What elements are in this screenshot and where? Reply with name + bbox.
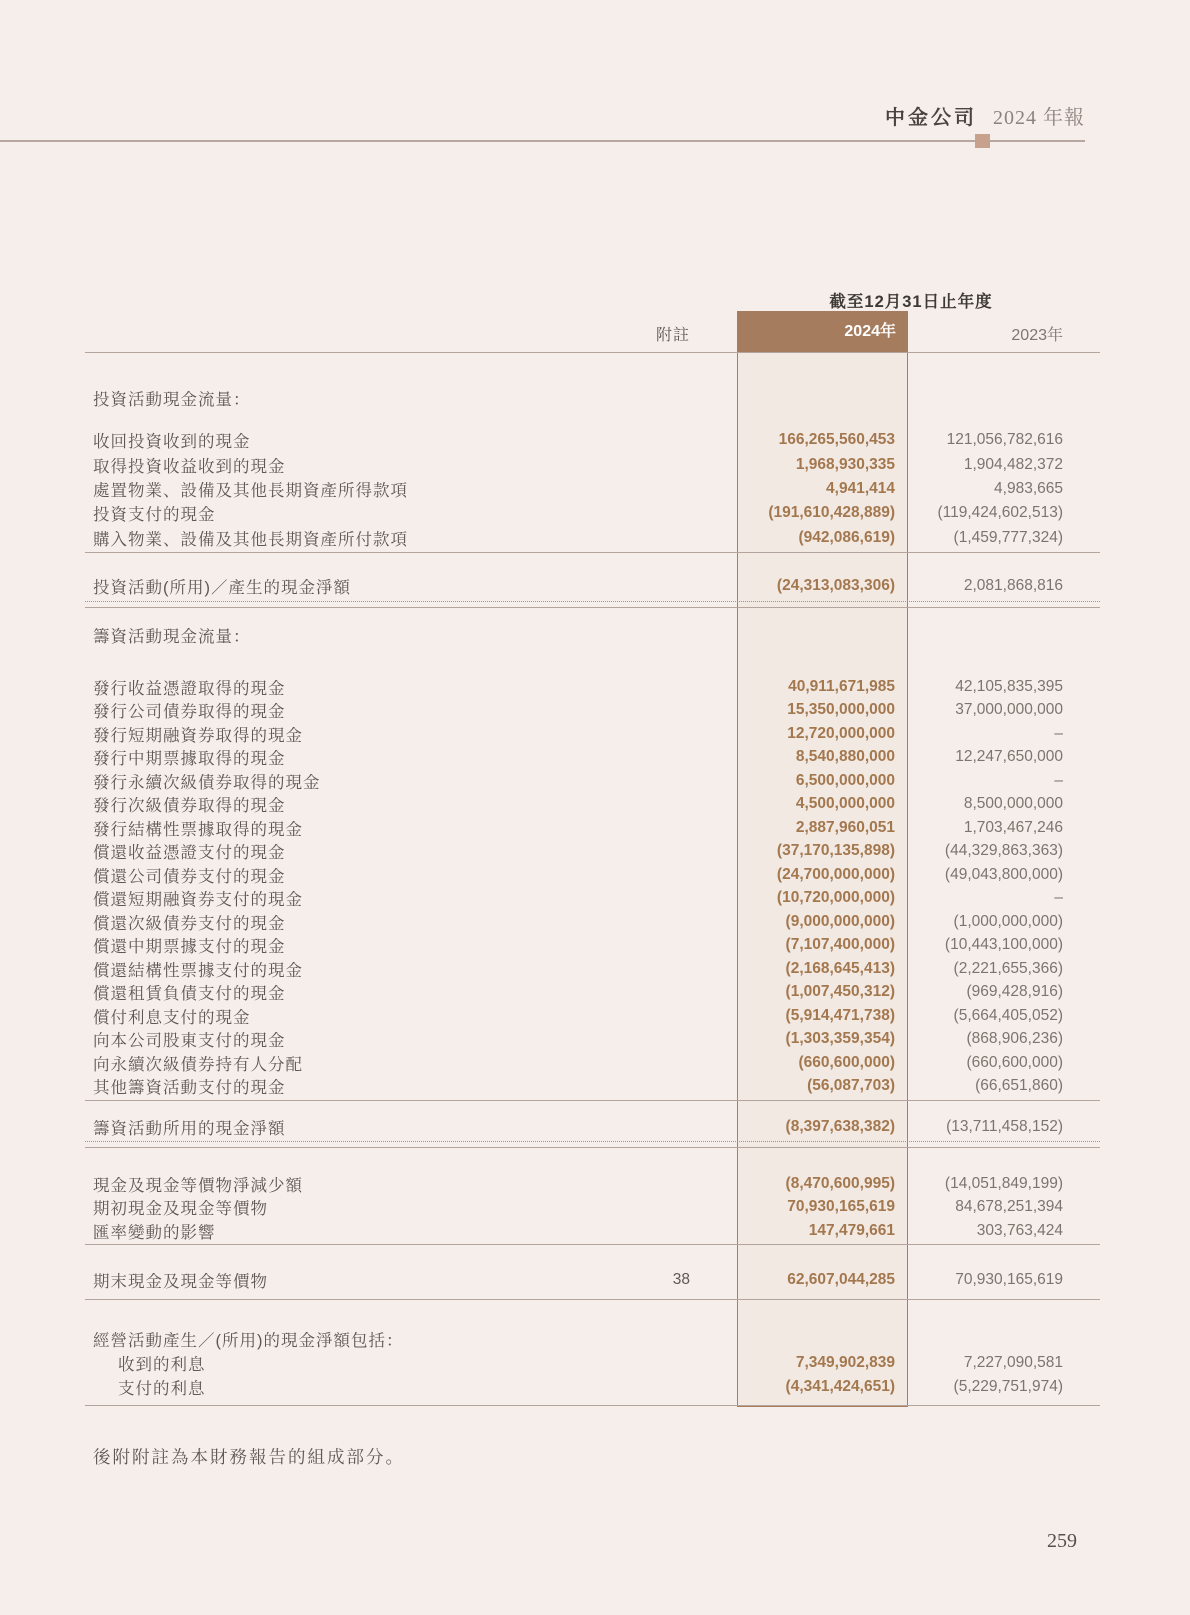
row-label: 償還短期融資券支付的現金 — [85, 886, 652, 910]
table-row: 發行次級債券取得的現金4,500,000,0008,500,000,000 — [85, 792, 1100, 816]
note-value: 38 — [652, 1271, 690, 1289]
rule — [85, 1405, 1100, 1406]
spacer — [85, 553, 1100, 574]
row-label: 支付的利息 — [85, 1375, 652, 1399]
row-label: 處置物業、設備及其他長期資產所得款項 — [85, 477, 652, 501]
spacer — [85, 1148, 1100, 1172]
value-2023: 84,678,251,394 — [908, 1198, 1100, 1216]
section-header-row: 經營活動產生／(所用)的現金淨額包括： — [85, 1327, 1100, 1351]
row-label: 期末現金及現金等價物 — [85, 1268, 652, 1292]
value-2024: (24,700,000,000) — [737, 866, 908, 884]
value-2024: (7,107,400,000) — [737, 936, 908, 954]
spacer — [85, 410, 1100, 428]
value-2024: 4,500,000,000 — [737, 795, 908, 813]
company-name: 中金公司 — [885, 107, 977, 129]
value-2023: (44,329,863,363) — [908, 842, 1100, 860]
header-rule — [0, 140, 1085, 142]
footer-note: 後附附註為本財務報告的組成部分。 — [93, 1444, 405, 1469]
spacer — [85, 1292, 1100, 1299]
table-row: 取得投資收益收到的現金1,968,930,3351,904,482,372 — [85, 452, 1100, 476]
value-2023: 121,056,782,616 — [908, 431, 1100, 449]
row-label: 發行次級債券取得的現金 — [85, 792, 652, 816]
row-label: 購入物業、設備及其他長期資產所付款項 — [85, 526, 652, 550]
row-label: 發行中期票據取得的現金 — [85, 745, 652, 769]
table-row: 現金及現金等價物淨減少額(8,470,600,995)(14,051,849,1… — [85, 1172, 1100, 1196]
spacer — [85, 1245, 1100, 1268]
row-label: 其他籌資活動支付的現金 — [85, 1074, 652, 1098]
dotted-rule — [85, 601, 1100, 602]
value-2024: 4,941,414 — [737, 480, 908, 498]
note-column-header: 附註 — [600, 322, 690, 345]
row-label: 償還結構性票據支付的現金 — [85, 957, 652, 981]
value-2024: (24,313,083,306) — [737, 577, 908, 595]
table-row: 購入物業、設備及其他長期資產所付款項(942,086,619)(1,459,77… — [85, 526, 1100, 550]
row-label: 發行結構性票據取得的現金 — [85, 816, 652, 840]
row-label: 向本公司股東支付的現金 — [85, 1027, 652, 1051]
value-2023: 303,763,424 — [908, 1222, 1100, 1240]
value-2023: – — [908, 889, 1100, 907]
year-2024-header: 2024年 — [737, 311, 908, 352]
row-label: 發行收益憑證取得的現金 — [85, 675, 652, 699]
value-2024: (191,610,428,889) — [737, 504, 908, 522]
value-2023: 70,930,165,619 — [908, 1271, 1100, 1289]
value-2023: (66,651,860) — [908, 1077, 1100, 1095]
row-label: 投資活動現金流量： — [85, 386, 652, 410]
value-2023: (119,424,602,513) — [908, 504, 1100, 522]
value-2023: (13,711,458,152) — [908, 1118, 1100, 1136]
value-2024: 12,720,000,000 — [737, 725, 908, 743]
row-label: 向永續次級債券持有人分配 — [85, 1051, 652, 1075]
value-2024: 1,968,930,335 — [737, 456, 908, 474]
report-year: 2024 年報 — [993, 107, 1085, 129]
value-2023: 1,703,467,246 — [908, 819, 1100, 837]
value-2024: 8,540,880,000 — [737, 748, 908, 766]
table-row: 償付利息支付的現金(5,914,471,738)(5,664,405,052) — [85, 1004, 1100, 1028]
page-number: 259 — [1032, 1530, 1092, 1553]
table-row: 收回投資收到的現金166,265,560,453121,056,782,616 — [85, 428, 1100, 452]
row-label: 投資活動(所用)／產生的現金淨額 — [85, 574, 652, 598]
value-2024: (2,168,645,413) — [737, 960, 908, 978]
value-2023: (660,600,000) — [908, 1054, 1100, 1072]
table-row: 發行結構性票據取得的現金2,887,960,0511,703,467,246 — [85, 816, 1100, 840]
row-label: 匯率變動的影響 — [85, 1219, 652, 1243]
period-header: 截至12月31日止年度 — [737, 288, 1085, 312]
spacer — [85, 353, 1100, 386]
row-label: 現金及現金等價物淨減少額 — [85, 1172, 652, 1196]
dotted-rule — [85, 1141, 1100, 1142]
value-2024: (56,087,703) — [737, 1077, 908, 1095]
table-row: 期初現金及現金等價物70,930,165,61984,678,251,394 — [85, 1195, 1100, 1219]
value-2024: 40,911,671,985 — [737, 678, 908, 696]
total-row: 籌資活動所用的現金淨額(8,397,638,382)(13,711,458,15… — [85, 1115, 1100, 1139]
row-label: 期初現金及現金等價物 — [85, 1195, 652, 1219]
value-2023: (49,043,800,000) — [908, 866, 1100, 884]
value-2023: 4,983,665 — [908, 480, 1100, 498]
value-2023: (868,906,236) — [908, 1030, 1100, 1048]
value-2024: 70,930,165,619 — [737, 1198, 908, 1216]
value-2023: (10,443,100,000) — [908, 936, 1100, 954]
page-header: 中金公司2024 年報 — [885, 101, 1085, 130]
value-2023: (14,051,849,199) — [908, 1175, 1100, 1193]
row-label: 償還收益憑證支付的現金 — [85, 839, 652, 863]
value-2023: 42,105,835,395 — [908, 678, 1100, 696]
table-row: 向永續次級債券持有人分配(660,600,000)(660,600,000) — [85, 1051, 1100, 1075]
table-row: 償還結構性票據支付的現金(2,168,645,413)(2,221,655,36… — [85, 957, 1100, 981]
value-2023: (1,000,000,000) — [908, 913, 1100, 931]
table-row: 償還中期票據支付的現金(7,107,400,000)(10,443,100,00… — [85, 933, 1100, 957]
table-row: 投資支付的現金(191,610,428,889)(119,424,602,513… — [85, 501, 1100, 525]
value-2024: 147,479,661 — [737, 1222, 908, 1240]
value-2024: (8,397,638,382) — [737, 1118, 908, 1136]
value-2023: – — [908, 772, 1100, 790]
value-2024: (4,341,424,651) — [737, 1378, 908, 1396]
table-row: 發行中期票據取得的現金8,540,880,00012,247,650,000 — [85, 745, 1100, 769]
value-2024: (1,303,359,354) — [737, 1030, 908, 1048]
row-label: 經營活動產生／(所用)的現金淨額包括： — [85, 1327, 652, 1351]
value-2023: (1,459,777,324) — [908, 529, 1100, 547]
section-header-row: 投資活動現金流量： — [85, 386, 1100, 410]
row-label: 償還次級債券支付的現金 — [85, 910, 652, 934]
value-2023: 12,247,650,000 — [908, 748, 1100, 766]
value-2024: 7,349,902,839 — [737, 1354, 908, 1372]
value-2023: – — [908, 725, 1100, 743]
row-label: 取得投資收益收到的現金 — [85, 453, 652, 477]
table-row: 償還短期融資券支付的現金(10,720,000,000)– — [85, 886, 1100, 910]
spacer — [85, 1101, 1100, 1115]
value-2024: (8,470,600,995) — [737, 1175, 908, 1193]
value-2024: (1,007,450,312) — [737, 983, 908, 1001]
page: 中金公司2024 年報 截至12月31日止年度 附註 2024年 2023年 投… — [0, 0, 1190, 1615]
table-row: 償還收益憑證支付的現金(37,170,135,898)(44,329,863,3… — [85, 839, 1100, 863]
year-2023-header: 2023年 — [920, 322, 1063, 345]
table-row: 收到的利息7,349,902,8397,227,090,581 — [85, 1351, 1100, 1375]
row-label: 籌資活動所用的現金淨額 — [85, 1115, 652, 1139]
table-row: 向本公司股東支付的現金(1,303,359,354)(868,906,236) — [85, 1027, 1100, 1051]
total-row: 期末現金及現金等價物3862,607,044,28570,930,165,619 — [85, 1268, 1100, 1292]
table-row: 匯率變動的影響147,479,661303,763,424 — [85, 1219, 1100, 1243]
table-row: 處置物業、設備及其他長期資產所得款項4,941,4144,983,665 — [85, 477, 1100, 501]
row-label: 投資支付的現金 — [85, 501, 652, 525]
section-header-row: 籌資活動現金流量： — [85, 623, 1100, 647]
total-row: 投資活動(所用)／產生的現金淨額(24,313,083,306)2,081,86… — [85, 574, 1100, 599]
row-label: 償還租賃負債支付的現金 — [85, 980, 652, 1004]
value-2024: (5,914,471,738) — [737, 1007, 908, 1025]
spacer — [85, 1398, 1100, 1405]
value-2024: (37,170,135,898) — [737, 842, 908, 860]
table-row: 償還次級債券支付的現金(9,000,000,000)(1,000,000,000… — [85, 910, 1100, 934]
row-label: 收回投資收到的現金 — [85, 428, 652, 452]
value-2024: 6,500,000,000 — [737, 772, 908, 790]
value-2023: 1,904,482,372 — [908, 456, 1100, 474]
table-row: 發行永續次級債券取得的現金6,500,000,000– — [85, 769, 1100, 793]
value-2023: (5,664,405,052) — [908, 1007, 1100, 1025]
table-row: 支付的利息(4,341,424,651)(5,229,751,974) — [85, 1375, 1100, 1399]
spacer — [85, 608, 1100, 623]
value-2023: (969,428,916) — [908, 983, 1100, 1001]
value-2024: 15,350,000,000 — [737, 701, 908, 719]
value-2023: 7,227,090,581 — [908, 1354, 1100, 1372]
value-2024: 166,265,560,453 — [737, 431, 908, 449]
value-2024: (942,086,619) — [737, 529, 908, 547]
row-label: 發行短期融資券取得的現金 — [85, 722, 652, 746]
value-2023: (5,229,751,974) — [908, 1378, 1100, 1396]
table-row: 發行短期融資券取得的現金12,720,000,000– — [85, 722, 1100, 746]
value-2023: 37,000,000,000 — [908, 701, 1100, 719]
table-row: 償還公司債券支付的現金(24,700,000,000)(49,043,800,0… — [85, 863, 1100, 887]
row-label: 償還公司債券支付的現金 — [85, 863, 652, 887]
value-2024: (660,600,000) — [737, 1054, 908, 1072]
value-2023: (2,221,655,366) — [908, 960, 1100, 978]
header-square — [975, 134, 990, 148]
value-2024: (9,000,000,000) — [737, 913, 908, 931]
table-row: 償還租賃負債支付的現金(1,007,450,312)(969,428,916) — [85, 980, 1100, 1004]
table-row: 其他籌資活動支付的現金(56,087,703)(66,651,860) — [85, 1074, 1100, 1098]
spacer — [85, 1300, 1100, 1327]
value-2023: 8,500,000,000 — [908, 795, 1100, 813]
table-row: 發行公司債券取得的現金15,350,000,00037,000,000,000 — [85, 698, 1100, 722]
statement-table: 投資活動現金流量：收回投資收到的現金166,265,560,453121,056… — [85, 352, 1100, 1406]
value-2023: 2,081,868,816 — [908, 577, 1100, 595]
value-2024: 2,887,960,051 — [737, 819, 908, 837]
row-label: 發行永續次級債券取得的現金 — [85, 769, 652, 793]
value-2024: 62,607,044,285 — [737, 1271, 908, 1289]
row-label: 籌資活動現金流量： — [85, 623, 652, 647]
table-row: 發行收益憑證取得的現金40,911,671,98542,105,835,395 — [85, 675, 1100, 699]
row-label: 收到的利息 — [85, 1351, 652, 1375]
value-2024: (10,720,000,000) — [737, 889, 908, 907]
row-label: 發行公司債券取得的現金 — [85, 698, 652, 722]
row-label: 償付利息支付的現金 — [85, 1004, 652, 1028]
spacer — [85, 647, 1100, 675]
row-label: 償還中期票據支付的現金 — [85, 933, 652, 957]
